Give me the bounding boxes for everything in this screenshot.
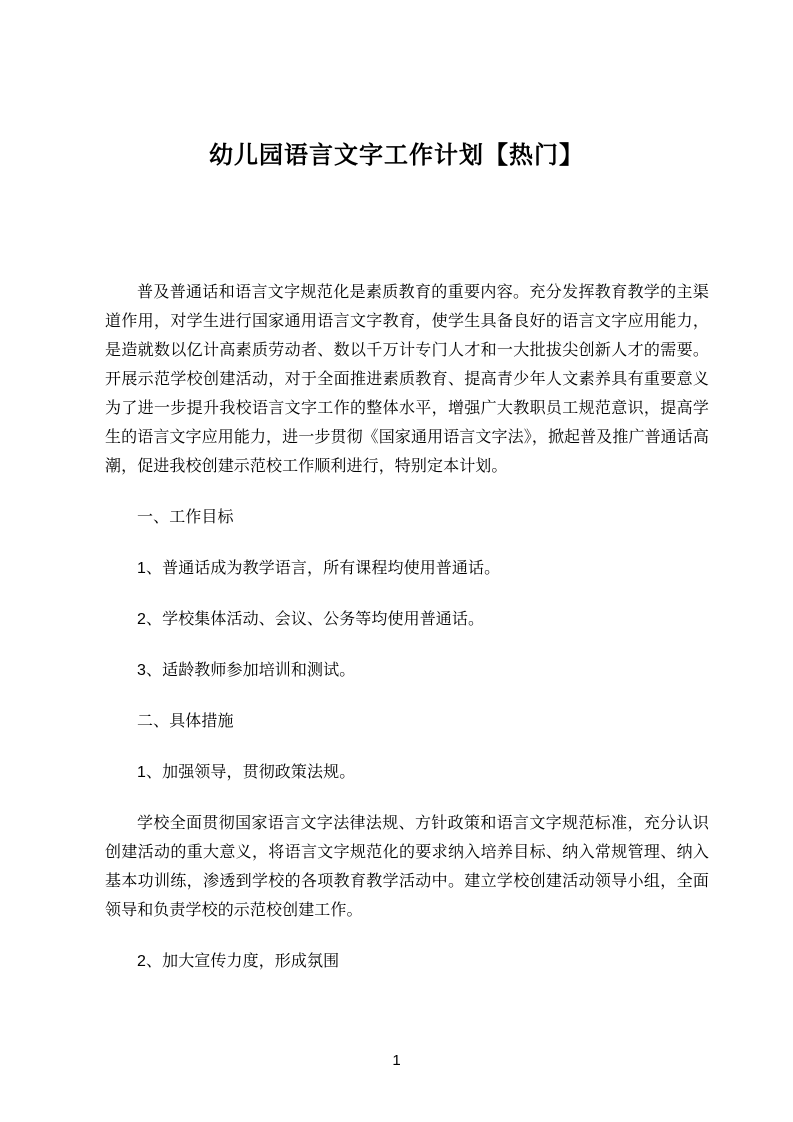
section-heading-specific-measures: 二、具体措施 xyxy=(105,707,709,736)
goal-item-1: 1、普通话成为教学语言，所有课程均使用普通话。 xyxy=(105,554,709,583)
measure-detail-paragraph: 学校全面贯彻国家语言文字法律法规、方针政策和语言文字规范标准，充分认识创建活动的… xyxy=(105,809,709,925)
document-page: 幼儿园语言文字工作计划【热门】 普及普通话和语言文字规范化是素质教育的重要内容。… xyxy=(0,0,793,1122)
document-title: 幼儿园语言文字工作计划【热门】 xyxy=(0,0,793,174)
page-number: 1 xyxy=(0,1050,793,1072)
measure-item-2: 2、加大宣传力度，形成氛围 xyxy=(105,947,709,976)
document-body: 普及普通话和语言文字规范化是素质教育的重要内容。充分发挥教育教学的主渠道作用，对… xyxy=(105,278,709,976)
goal-item-2: 2、学校集体活动、会议、公务等均使用普通话。 xyxy=(105,605,709,634)
intro-paragraph: 普及普通话和语言文字规范化是素质教育的重要内容。充分发挥教育教学的主渠道作用，对… xyxy=(105,278,709,481)
section-heading-work-goals: 一、工作目标 xyxy=(105,503,709,532)
measure-item-1: 1、加强领导，贯彻政策法规。 xyxy=(105,758,709,787)
goal-item-3: 3、适龄教师参加培训和测试。 xyxy=(105,656,709,685)
